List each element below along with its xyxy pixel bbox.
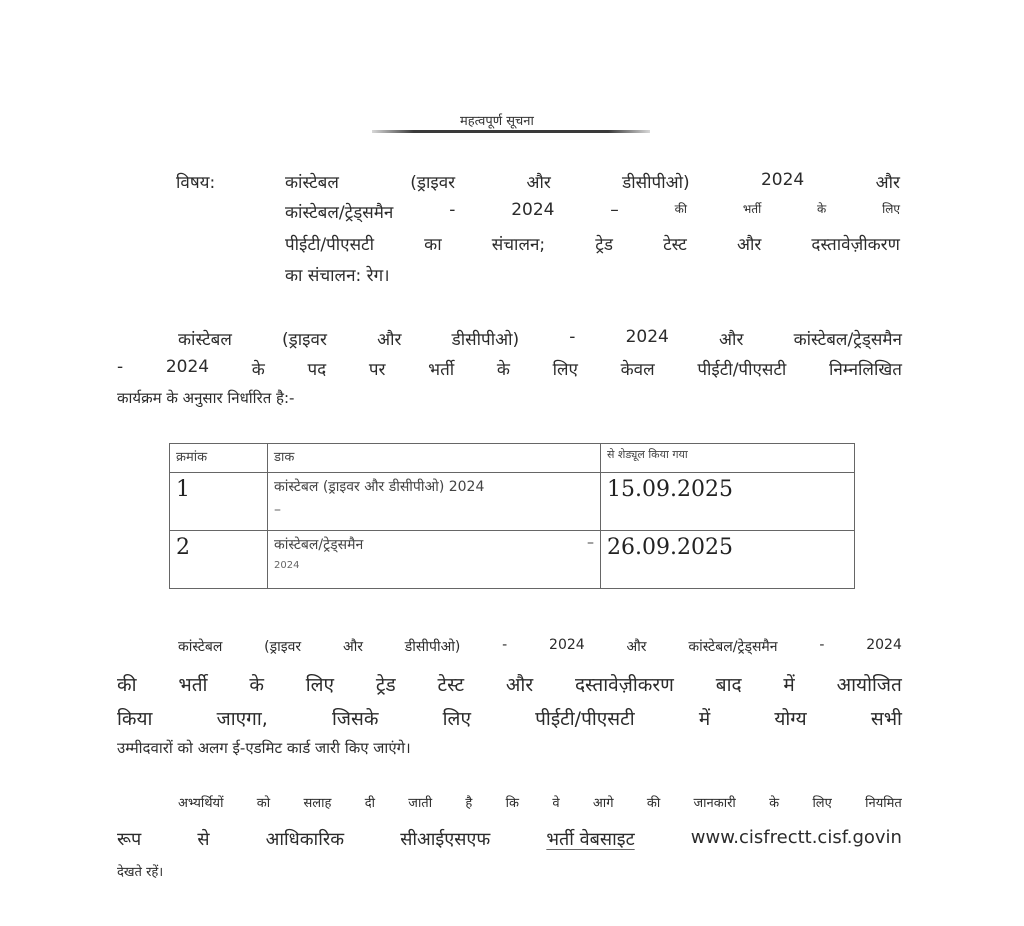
word: आयोजित	[837, 671, 902, 697]
post-name: कांस्टेबल/ट्रेड्समैन – 2024	[268, 531, 601, 589]
word: नियमित	[865, 793, 902, 811]
text-line: कीभर्तीकेलिएट्रेडटेस्टऔरदस्तावेज़ीकरणबाद…	[117, 671, 902, 697]
word: कि	[506, 793, 519, 811]
word: 2024	[626, 327, 669, 350]
text-line: कांस्टेबल/ट्रेड्समैन-2024–कीभर्तीकेलिए	[285, 200, 900, 223]
word: वे	[552, 793, 559, 811]
word: के	[497, 357, 510, 380]
word: (ड्राइवर	[410, 170, 455, 193]
word: के	[769, 793, 779, 811]
word: के	[252, 357, 265, 380]
notice-title: महत्वपूर्ण सूचना	[460, 111, 534, 129]
scheduled-date: 26.09.2025	[601, 531, 855, 589]
word: आगे	[593, 793, 614, 811]
text-line: रूपसेआधिकारिकसीआईएसएफभर्ती वेबसाइटwww.ci…	[117, 827, 902, 851]
word: कार्यक्रम के अनुसार निर्धारित है:-	[117, 388, 294, 408]
text-line: कांस्टेबल(ड्राइवरऔरडीसीपीओ)-2024औरकांस्ट…	[178, 327, 902, 350]
header-serial: क्रमांक	[170, 444, 268, 473]
word: के	[249, 671, 264, 697]
word: और	[737, 232, 761, 255]
word: में	[783, 671, 794, 697]
word: है	[465, 793, 472, 811]
title-underline	[372, 130, 650, 133]
word: और	[506, 671, 533, 697]
word: के	[817, 200, 826, 223]
table-row: 1 कांस्टेबल (ड्राइवर और डीसीपीओ) 2024 – …	[170, 473, 855, 531]
word: टेस्ट	[663, 232, 687, 255]
word: कांस्टेबल/ट्रेड्समैन	[285, 200, 393, 223]
word: –	[610, 200, 619, 223]
serial-number: 2	[170, 531, 268, 589]
word: बाद	[716, 671, 742, 697]
word: जाएगा,	[217, 705, 268, 731]
word: भर्ती	[743, 200, 761, 223]
word: ट्रेड	[376, 671, 396, 697]
word: की	[647, 793, 660, 811]
text-line: -2024केपदपरभर्तीकेलिएकेवलपीईटी/पीएसटीनिम…	[117, 357, 902, 380]
word: 2024	[549, 637, 585, 656]
word: (ड्राइवर	[264, 637, 301, 656]
word: जाती	[408, 793, 432, 811]
word: दी	[365, 793, 375, 811]
word: पीईटी/पीएसटी	[535, 705, 635, 731]
word: जिसके	[332, 705, 378, 731]
word: -	[819, 637, 824, 656]
word: कांस्टेबल/ट्रेड्समैन	[688, 637, 777, 656]
word: -	[569, 327, 575, 350]
word: दस्तावेज़ीकरण	[811, 232, 900, 255]
word: कांस्टेबल/ट्रेड्समैन	[794, 327, 902, 350]
word: और	[876, 170, 900, 193]
schedule-table: क्रमांक डाक से शेड्यूल किया गया 1 कांस्ट…	[169, 443, 855, 589]
word: और	[526, 170, 550, 193]
word: देखते रहें।	[117, 862, 163, 880]
word: भर्ती	[178, 671, 207, 697]
word: 2024	[166, 357, 209, 380]
text-line: कियाजाएगा,जिसकेलिएपीईटी/पीएसटीमेंयोग्यसभ…	[117, 705, 902, 731]
word: पीईटी/पीएसटी	[697, 357, 786, 380]
word: और	[626, 637, 646, 656]
word: उम्मीदवारों को अलग ई-एडमिट कार्ड जारी कि…	[117, 738, 411, 758]
word: जानकारी	[694, 793, 736, 811]
text-line: कार्यक्रम के अनुसार निर्धारित है:-	[117, 388, 902, 408]
header-scheduled-from: से शेड्यूल किया गया	[601, 444, 855, 473]
word: 2024	[761, 170, 804, 193]
word: और	[377, 327, 401, 350]
word: सलाह	[303, 793, 331, 811]
word: (ड्राइवर	[282, 327, 327, 350]
word: लिए	[553, 357, 578, 380]
word: टेस्ट	[438, 671, 465, 697]
word: www.cisfrectt.cisf.govin	[691, 827, 902, 851]
word: की	[675, 200, 687, 223]
word: और	[343, 637, 363, 656]
word: की	[117, 671, 137, 697]
table-row: 2 कांस्टेबल/ट्रेड्समैन – 2024 26.09.2025	[170, 531, 855, 589]
word: से	[197, 827, 209, 851]
word: डीसीपीओ)	[405, 637, 461, 656]
word: लिए	[812, 793, 831, 811]
word: और	[719, 327, 743, 350]
word: आधिकारिक	[266, 827, 344, 851]
word: लिए	[443, 705, 471, 731]
word: को	[257, 793, 270, 811]
text-line: अभ्यर्थियोंकोसलाहदीजातीहैकिवेआगेकीजानकार…	[178, 793, 902, 811]
word: योग्य	[774, 705, 806, 731]
text-line: का संचालन: रेग।	[285, 263, 900, 286]
word: दस्तावेज़ीकरण	[575, 671, 674, 697]
serial-number: 1	[170, 473, 268, 531]
text-line: देखते रहें।	[117, 862, 902, 880]
word: भर्ती वेबसाइट	[546, 827, 634, 851]
post-name: कांस्टेबल (ड्राइवर और डीसीपीओ) 2024 –	[268, 473, 601, 531]
word: पद	[307, 357, 326, 380]
word: -	[117, 357, 123, 380]
word: पर	[369, 357, 386, 380]
text-line: पीईटी/पीएसटीकासंचालन;ट्रेडटेस्टऔरदस्तावे…	[285, 232, 900, 255]
word: 2024	[511, 200, 554, 223]
word: 2024	[866, 637, 902, 656]
word: किया	[117, 705, 152, 731]
word: सीआईएसएफ	[400, 827, 490, 851]
word: डीसीपीओ)	[452, 327, 519, 350]
word: का संचालन: रेग।	[285, 263, 390, 286]
text-line: कांस्टेबल(ड्राइवरऔरडीसीपीओ)2024और	[285, 170, 900, 193]
word: -	[502, 637, 507, 656]
word: -	[449, 200, 455, 223]
word: केवल	[621, 357, 655, 380]
word: पीईटी/पीएसटी	[285, 232, 374, 255]
word: अभ्यर्थियों	[178, 793, 223, 811]
word: का	[424, 232, 441, 255]
word: ट्रेड	[595, 232, 613, 255]
word: डीसीपीओ)	[622, 170, 689, 193]
word: कांस्टेबल	[178, 327, 232, 350]
word: रूप	[117, 827, 141, 851]
word: में	[699, 705, 710, 731]
word: लिए	[882, 200, 900, 223]
word: निम्नलिखित	[829, 357, 902, 380]
table-header-row: क्रमांक डाक से शेड्यूल किया गया	[170, 444, 855, 473]
header-post: डाक	[268, 444, 601, 473]
word: संचालन;	[492, 232, 545, 255]
word: कांस्टेबल	[178, 637, 222, 656]
word: सभी	[871, 705, 902, 731]
subject-label: विषय:	[176, 170, 215, 193]
word: लिए	[306, 671, 334, 697]
scheduled-date: 15.09.2025	[601, 473, 855, 531]
text-line: कांस्टेबल(ड्राइवरऔरडीसीपीओ)-2024औरकांस्ट…	[178, 637, 902, 656]
text-line: उम्मीदवारों को अलग ई-एडमिट कार्ड जारी कि…	[117, 738, 902, 758]
word: कांस्टेबल	[285, 170, 339, 193]
word: भर्ती	[428, 357, 454, 380]
